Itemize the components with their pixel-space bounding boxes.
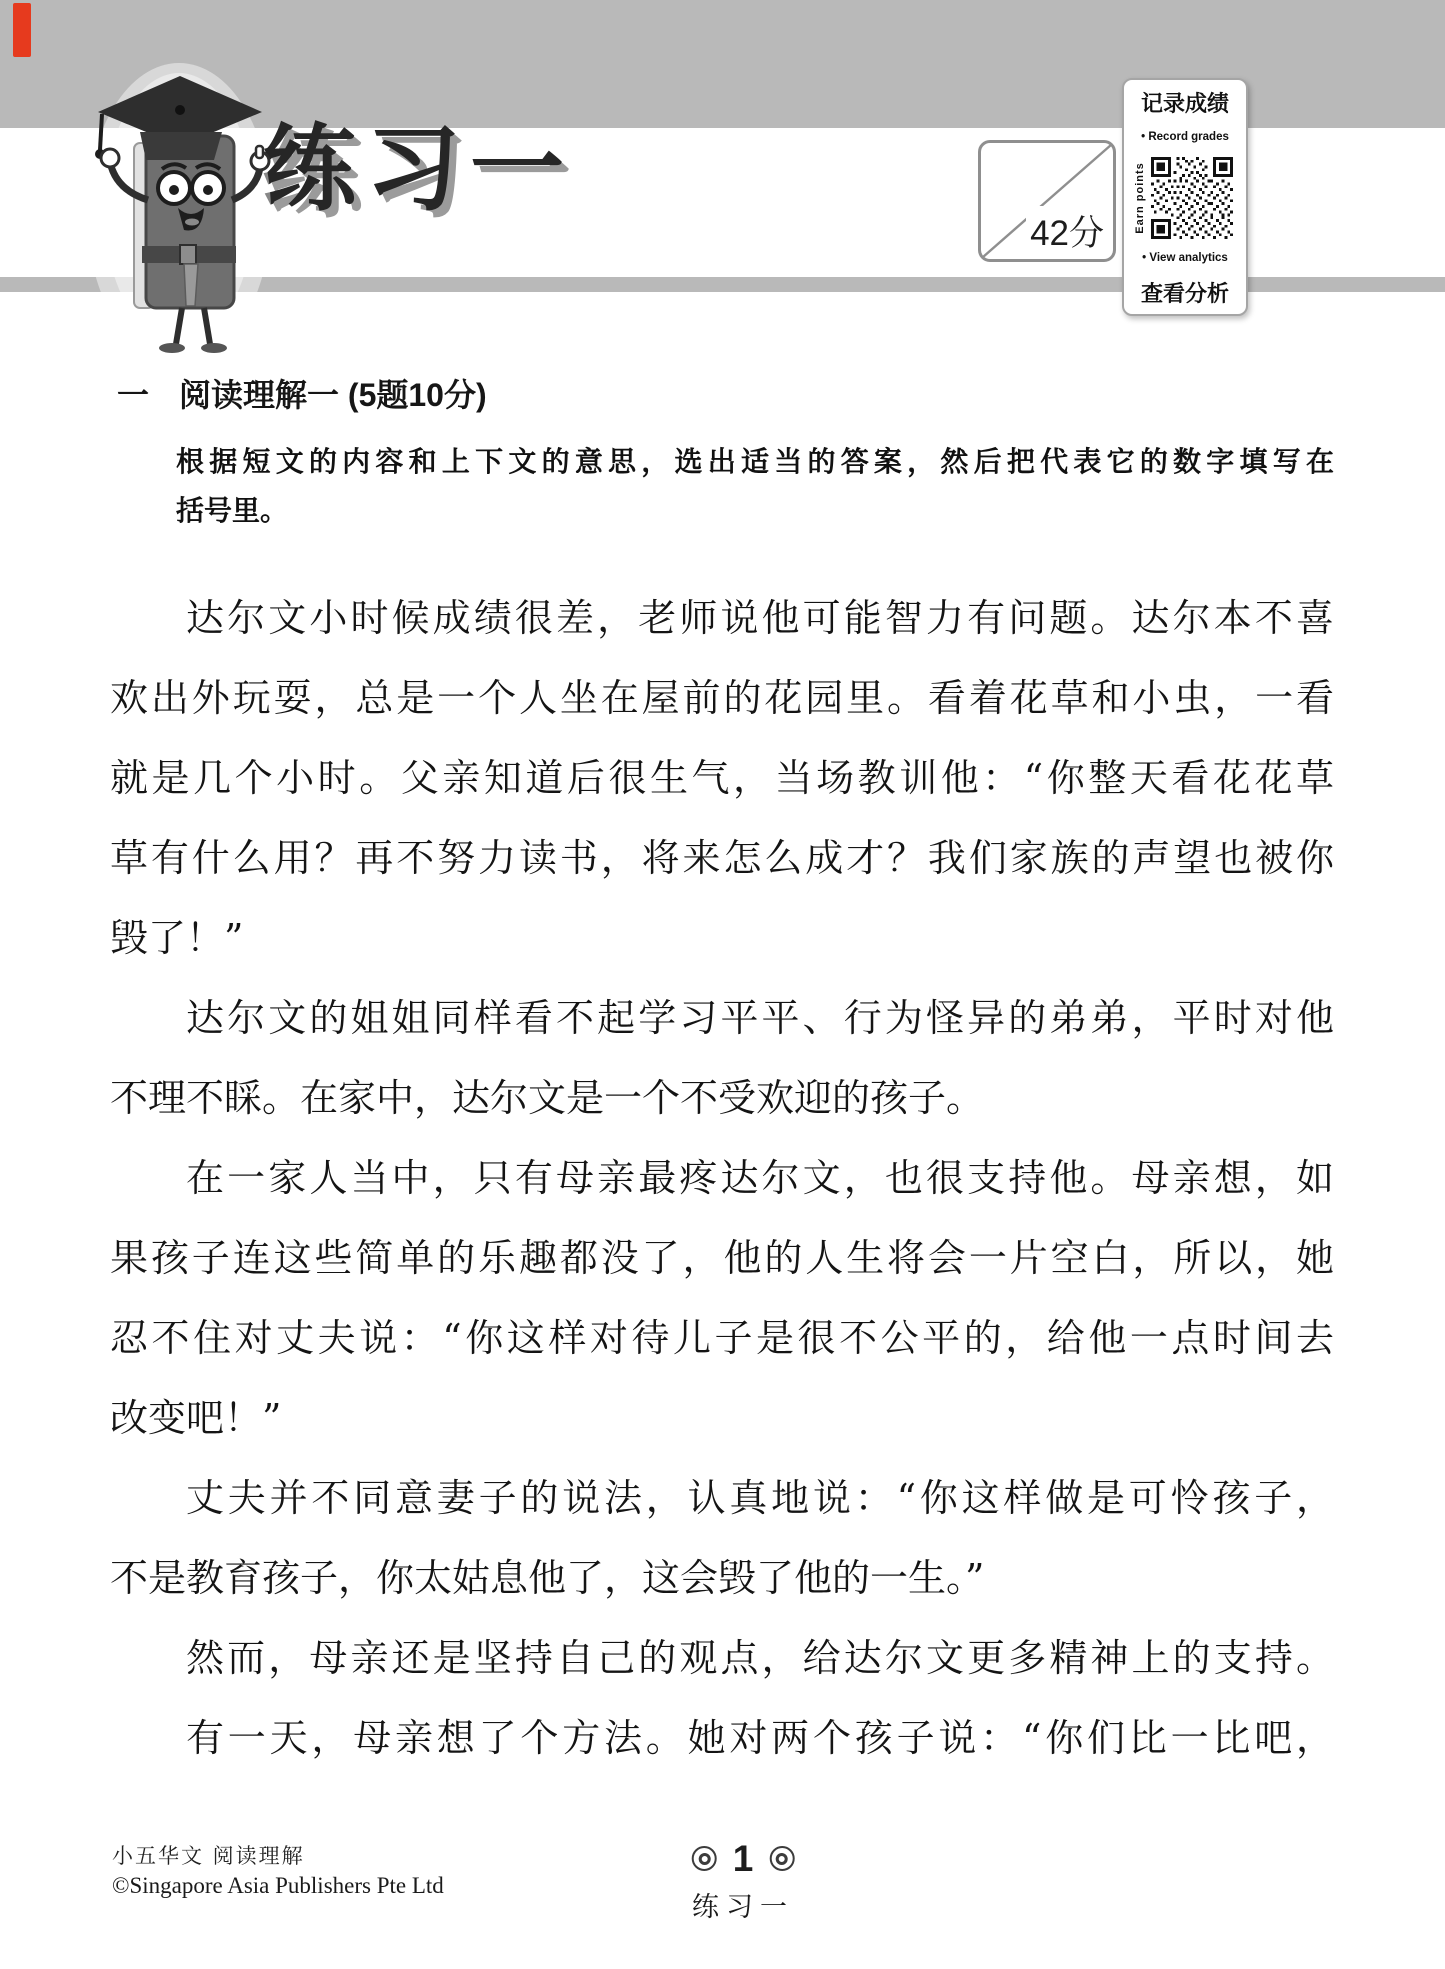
passage-line: 果孩子连这些简单的乐趣都没了，他的人生将会一片空白，所以，她 bbox=[110, 1218, 1334, 1298]
red-bookmark bbox=[13, 3, 31, 57]
passage-line: 就是几个小时。父亲知道后很生气，当场教训他：“你整天看花花草 bbox=[110, 738, 1334, 818]
section-number: 一 bbox=[117, 370, 149, 416]
passage-line: 草有什么用？再不努力读书，将来怎么成才？我们家族的声望也被你 bbox=[110, 818, 1334, 898]
bullseye-icon bbox=[692, 1846, 717, 1871]
section-heading: 一 阅读理解一 (5题10分) bbox=[117, 370, 487, 416]
view-analytics-label: • View analytics bbox=[1142, 252, 1228, 264]
passage-line: 毁了！” bbox=[110, 898, 1334, 978]
graduate-book-mascot-icon bbox=[84, 48, 274, 353]
score-total-label: 42分 bbox=[1026, 206, 1104, 256]
score-box: 42分 bbox=[978, 140, 1116, 262]
passage-line: 不理不睬。在家中，达尔文是一个不受欢迎的孩子。 bbox=[110, 1058, 1334, 1138]
passage-line: 然而，母亲还是坚持自己的观点，给达尔文更多精神上的支持。 bbox=[110, 1618, 1334, 1698]
page-number: 1 bbox=[733, 1840, 754, 1877]
passage-line: 丈夫并不同意妻子的说法，认真地说：“你这样做是可怜孩子， bbox=[110, 1458, 1334, 1538]
exercise-title: 练习一 bbox=[262, 122, 574, 216]
footer-left: 小五华文 阅读理解 ©Singapore Asia Publishers Pte… bbox=[112, 1840, 444, 1899]
passage-line: 在一家人当中，只有母亲最疼达尔文，也很支持他。母亲想，如 bbox=[110, 1138, 1334, 1218]
passage-line: 不是教育孩子，你太姑息他了，这会毁了他的一生。” bbox=[110, 1538, 1334, 1618]
footer-center: 1 练习一 bbox=[692, 1840, 795, 1924]
passage-line: 欢出外玩耍，总是一个人坐在屋前的花园里。看着花草和小虫，一看 bbox=[110, 658, 1334, 738]
section-instructions: 根据短文的内容和上下文的意思，选出适当的答案，然后把代表它的数字填写在 括号里。 bbox=[176, 437, 1334, 535]
instruction-line: 根据短文的内容和上下文的意思，选出适当的答案，然后把代表它的数字填写在 bbox=[176, 437, 1334, 486]
qr-code-icon bbox=[1151, 157, 1233, 239]
qr-bottom-label: 查看分析 bbox=[1141, 277, 1229, 308]
copyright-label: ©Singapore Asia Publishers Pte Ltd bbox=[112, 1873, 444, 1899]
book-series-label: 小五华文 阅读理解 bbox=[112, 1840, 444, 1870]
passage-line: 忍不住对丈夫说：“你这样对待儿子是很不公平的，给他一点时间去 bbox=[110, 1298, 1334, 1378]
bullseye-icon bbox=[769, 1846, 794, 1871]
passage-line: 改变吧！” bbox=[110, 1378, 1334, 1458]
passage-line: 达尔文小时候成绩很差，老师说他可能智力有问题。达尔本不喜 bbox=[110, 578, 1334, 658]
workbook-page: 练习一 42分 记录成绩 • Record grades Earn points bbox=[0, 0, 1445, 1969]
passage-line: 有一天，母亲想了个方法。她对两个孩子说：“你们比一比吧， bbox=[110, 1698, 1334, 1778]
instruction-line: 括号里。 bbox=[176, 486, 1334, 535]
section-title: 阅读理解一 (5题10分) bbox=[179, 370, 487, 416]
passage-line: 达尔文的姐姐同样看不起学习平平、行为怪异的弟弟，平时对他 bbox=[110, 978, 1334, 1058]
qr-panel: 记录成绩 • Record grades Earn points • View … bbox=[1122, 78, 1248, 316]
footer-exercise-label: 练习一 bbox=[692, 1885, 795, 1924]
record-grades-label: • Record grades bbox=[1141, 131, 1229, 143]
qr-top-label: 记录成绩 bbox=[1141, 87, 1229, 118]
reading-passage: 达尔文小时候成绩很差，老师说他可能智力有问题。达尔本不喜 欢出外玩耍，总是一个人… bbox=[110, 578, 1334, 1778]
earn-points-label: Earn points bbox=[1134, 162, 1146, 234]
